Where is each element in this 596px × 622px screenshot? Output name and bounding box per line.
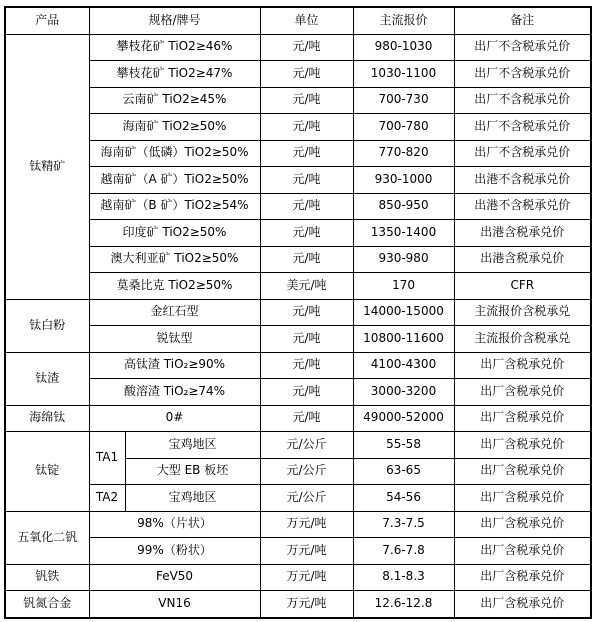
table-row: 钛锭TA1宝鸡地区元/公斤55-58出厂含税承兑价 [5,432,591,459]
table-row: 海南矿 TiO2≥50%元/吨700-780出厂不含税承兑价 [5,114,591,141]
spec-cell: 99%（粉状） [89,538,260,565]
spec-cell: 98%（片状） [89,511,260,538]
price-cell: 770-820 [353,140,454,167]
col-header-note: 备注 [454,7,591,34]
price-cell: 700-730 [353,87,454,114]
unit-cell: 元/公斤 [260,458,353,485]
spec-cell: 宝鸡地区 [125,485,260,512]
header-row: 产品 规格/牌号 单位 主流报价 备注 [5,7,591,34]
grade-cell: TA2 [89,485,125,512]
spec-cell: 金红石型 [89,299,260,326]
price-cell: 4100-4300 [353,352,454,379]
unit-cell: 万元/吨 [260,511,353,538]
table-row: 钒铁FeV50万元/吨8.1-8.3出厂含税承兑价 [5,564,591,591]
spec-cell: 云南矿 TiO2≥45% [89,87,260,114]
note-cell: 出港不含税承兑价 [454,167,591,194]
price-cell: 1030-1100 [353,61,454,88]
note-cell: 出厂不含税承兑价 [454,87,591,114]
spec-cell: 高钛渣 TiO₂≥90% [89,352,260,379]
table-row: 印度矿 TiO2≥50%元/吨1350-1400出港含税承兑价 [5,220,591,247]
price-cell: 12.6-12.8 [353,591,454,618]
unit-cell: 万元/吨 [260,564,353,591]
product-cell: 钛渣 [5,352,89,405]
spec-cell: VN16 [89,591,260,618]
table-row: 五氧化二钒98%（片状）万元/吨7.3-7.5出厂含税承兑价 [5,511,591,538]
unit-cell: 元/吨 [260,193,353,220]
note-cell: 出厂含税承兑价 [454,485,591,512]
unit-cell: 元/吨 [260,246,353,273]
table-row: 莫桑比克 TiO2≥50%美元/吨170CFR [5,273,591,300]
note-cell: 出厂不含税承兑价 [454,61,591,88]
table-row: 钛精矿攀枝花矿 TiO2≥46%元/吨980-1030出厂不含税承兑价 [5,34,591,61]
unit-cell: 元/吨 [260,326,353,353]
unit-cell: 元/吨 [260,167,353,194]
col-header-spec: 规格/牌号 [89,7,260,34]
product-cell: 钛锭 [5,432,89,512]
grade-cell: TA1 [89,432,125,485]
spec-cell: 0# [89,405,260,432]
note-cell: 出厂含税承兑价 [454,379,591,406]
note-cell: CFR [454,273,591,300]
price-cell: 8.1-8.3 [353,564,454,591]
price-cell: 55-58 [353,432,454,459]
spec-cell: 越南矿（A 矿）TiO2≥50% [89,167,260,194]
unit-cell: 美元/吨 [260,273,353,300]
table-row: 澳大利亚矿 TiO2≥50%元/吨930-980出港含税承兑价 [5,246,591,273]
price-cell: 7.3-7.5 [353,511,454,538]
note-cell: 出港含税承兑价 [454,246,591,273]
unit-cell: 元/吨 [260,220,353,247]
unit-cell: 万元/吨 [260,538,353,565]
table-row: 钒氮合金VN16万元/吨12.6-12.8出厂含税承兑价 [5,591,591,618]
table-row: 云南矿 TiO2≥45%元/吨700-730出厂不含税承兑价 [5,87,591,114]
col-header-price: 主流报价 [353,7,454,34]
note-cell: 出厂含税承兑价 [454,538,591,565]
note-cell: 出厂不含税承兑价 [454,114,591,141]
table-row: TA2宝鸡地区元/公斤54-56出厂含税承兑价 [5,485,591,512]
price-cell: 170 [353,273,454,300]
note-cell: 出厂不含税承兑价 [454,34,591,61]
price-cell: 10800-11600 [353,326,454,353]
unit-cell: 元/吨 [260,299,353,326]
price-cell: 850-950 [353,193,454,220]
note-cell: 出厂不含税承兑价 [454,140,591,167]
note-cell: 出厂含税承兑价 [454,405,591,432]
spec-cell: 大型 EB 板坯 [125,458,260,485]
unit-cell: 元/公斤 [260,432,353,459]
spec-cell: FeV50 [89,564,260,591]
price-cell: 3000-3200 [353,379,454,406]
table-row: 攀枝花矿 TiO2≥47%元/吨1030-1100出厂不含税承兑价 [5,61,591,88]
unit-cell: 元/公斤 [260,485,353,512]
spec-cell: 海南矿（低磷）TiO2≥50% [89,140,260,167]
table-row: 钛渣高钛渣 TiO₂≥90%元/吨4100-4300出厂含税承兑价 [5,352,591,379]
product-cell: 钛精矿 [5,34,89,299]
unit-cell: 元/吨 [260,352,353,379]
table-row: 越南矿（A 矿）TiO2≥50%元/吨930-1000出港不含税承兑价 [5,167,591,194]
price-cell: 54-56 [353,485,454,512]
unit-cell: 元/吨 [260,61,353,88]
col-header-unit: 单位 [260,7,353,34]
table-row: 酸溶渣 TiO₂≥74%元/吨3000-3200出厂含税承兑价 [5,379,591,406]
spec-cell: 印度矿 TiO2≥50% [89,220,260,247]
col-header-product: 产品 [5,7,89,34]
price-cell: 700-780 [353,114,454,141]
spec-cell: 海南矿 TiO2≥50% [89,114,260,141]
unit-cell: 元/吨 [260,379,353,406]
spec-cell: 莫桑比克 TiO2≥50% [89,273,260,300]
product-cell: 五氧化二钒 [5,511,89,564]
table-row: 锐钛型元/吨10800-11600主流报价含税承兑 [5,326,591,353]
product-cell: 钛白粉 [5,299,89,352]
note-cell: 主流报价含税承兑 [454,299,591,326]
spec-cell: 宝鸡地区 [125,432,260,459]
unit-cell: 元/吨 [260,34,353,61]
price-cell: 49000-52000 [353,405,454,432]
table-row: 海绵钛0#元/吨49000-52000出厂含税承兑价 [5,405,591,432]
unit-cell: 元/吨 [260,114,353,141]
note-cell: 出厂含税承兑价 [454,352,591,379]
unit-cell: 万元/吨 [260,591,353,618]
spec-cell: 越南矿（B 矿）TiO2≥54% [89,193,260,220]
price-cell: 930-1000 [353,167,454,194]
product-cell: 钒氮合金 [5,591,89,618]
note-cell: 出港含税承兑价 [454,220,591,247]
price-table-container: 产品 规格/牌号 单位 主流报价 备注 钛精矿攀枝花矿 TiO2≥46%元/吨9… [0,0,596,622]
unit-cell: 元/吨 [260,140,353,167]
note-cell: 出厂含税承兑价 [454,432,591,459]
note-cell: 出厂含税承兑价 [454,591,591,618]
price-table-body: 钛精矿攀枝花矿 TiO2≥46%元/吨980-1030出厂不含税承兑价攀枝花矿 … [5,34,591,618]
price-cell: 14000-15000 [353,299,454,326]
spec-cell: 酸溶渣 TiO₂≥74% [89,379,260,406]
table-row: 越南矿（B 矿）TiO2≥54%元/吨850-950出港不含税承兑价 [5,193,591,220]
price-cell: 63-65 [353,458,454,485]
product-cell: 海绵钛 [5,405,89,432]
table-row: 海南矿（低磷）TiO2≥50%元/吨770-820出厂不含税承兑价 [5,140,591,167]
price-cell: 980-1030 [353,34,454,61]
note-cell: 出厂含税承兑价 [454,511,591,538]
price-cell: 930-980 [353,246,454,273]
note-cell: 出港不含税承兑价 [454,193,591,220]
spec-cell: 攀枝花矿 TiO2≥47% [89,61,260,88]
unit-cell: 元/吨 [260,87,353,114]
table-row: 99%（粉状）万元/吨7.6-7.8出厂含税承兑价 [5,538,591,565]
note-cell: 出厂含税承兑价 [454,458,591,485]
spec-cell: 攀枝花矿 TiO2≥46% [89,34,260,61]
spec-cell: 锐钛型 [89,326,260,353]
spec-cell: 澳大利亚矿 TiO2≥50% [89,246,260,273]
price-cell: 7.6-7.8 [353,538,454,565]
product-cell: 钒铁 [5,564,89,591]
price-cell: 1350-1400 [353,220,454,247]
price-table: 产品 规格/牌号 单位 主流报价 备注 钛精矿攀枝花矿 TiO2≥46%元/吨9… [4,6,592,619]
note-cell: 主流报价含税承兑 [454,326,591,353]
note-cell: 出厂含税承兑价 [454,564,591,591]
unit-cell: 元/吨 [260,405,353,432]
table-row: 钛白粉金红石型元/吨14000-15000主流报价含税承兑 [5,299,591,326]
